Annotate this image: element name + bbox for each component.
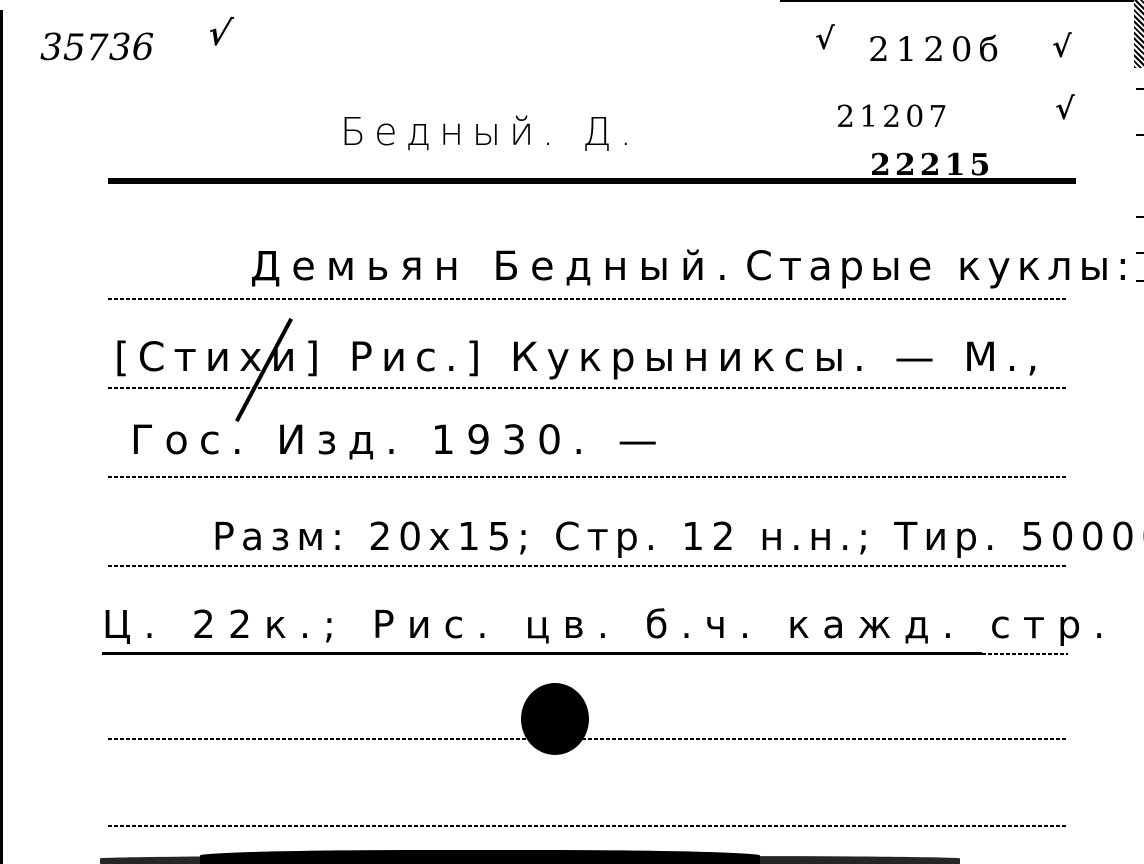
checkmark-icon: √ bbox=[1055, 92, 1077, 127]
scan-edge-tick bbox=[1136, 88, 1144, 90]
accession-number: 35736 bbox=[40, 28, 155, 69]
ruled-line bbox=[108, 738, 1068, 740]
scan-edge-tick bbox=[1136, 134, 1144, 136]
scan-smudge bbox=[200, 850, 760, 864]
scan-edge-tick bbox=[1136, 280, 1144, 282]
entry-line-5: Ц. 22к.; Рис. цв. б.ч. кажд. стр. bbox=[102, 603, 1117, 647]
scan-edge-tick bbox=[1136, 252, 1144, 254]
entry-line-1b: Старые куклы: bbox=[745, 244, 1136, 290]
ruled-line bbox=[108, 387, 1068, 389]
entry-line-2: [Стихи] Рис.] Кукрыниксы. — М., bbox=[114, 335, 1047, 381]
shelf-mark-2: 21207 bbox=[836, 100, 951, 135]
entry-line-1a: Демьян Бедный. bbox=[250, 244, 739, 290]
card-left-edge bbox=[0, 10, 3, 864]
ruled-line bbox=[108, 825, 1068, 827]
card-heading: Бедный. Д. bbox=[340, 110, 640, 154]
card-top-edge bbox=[780, 0, 1144, 2]
checkmark-icon: √ bbox=[815, 22, 837, 57]
heading-rule bbox=[108, 178, 1076, 184]
ruled-line bbox=[982, 653, 1068, 655]
checkmark-icon: √ bbox=[1052, 30, 1074, 65]
ruled-line bbox=[102, 652, 982, 655]
ruled-line bbox=[108, 476, 1068, 478]
entry-line-3: Гос. Изд. 1930. — bbox=[130, 418, 668, 464]
punch-hole bbox=[521, 683, 589, 755]
scan-edge-tick bbox=[1136, 216, 1144, 218]
catalog-card: 35736 √ √ 2120б √ 21207 √ 22215 Бедный. … bbox=[0, 0, 1144, 864]
entry-line-4: Разм: 20x15; Стр. 12 н.н.; Тир. 50000; bbox=[212, 515, 1144, 559]
shelf-mark-1: 2120б bbox=[868, 30, 1005, 70]
ruled-line bbox=[108, 565, 1068, 567]
scan-edge-noise bbox=[1134, 0, 1144, 68]
checkmark-icon: √ bbox=[204, 14, 237, 54]
ruled-line bbox=[108, 298, 1068, 300]
